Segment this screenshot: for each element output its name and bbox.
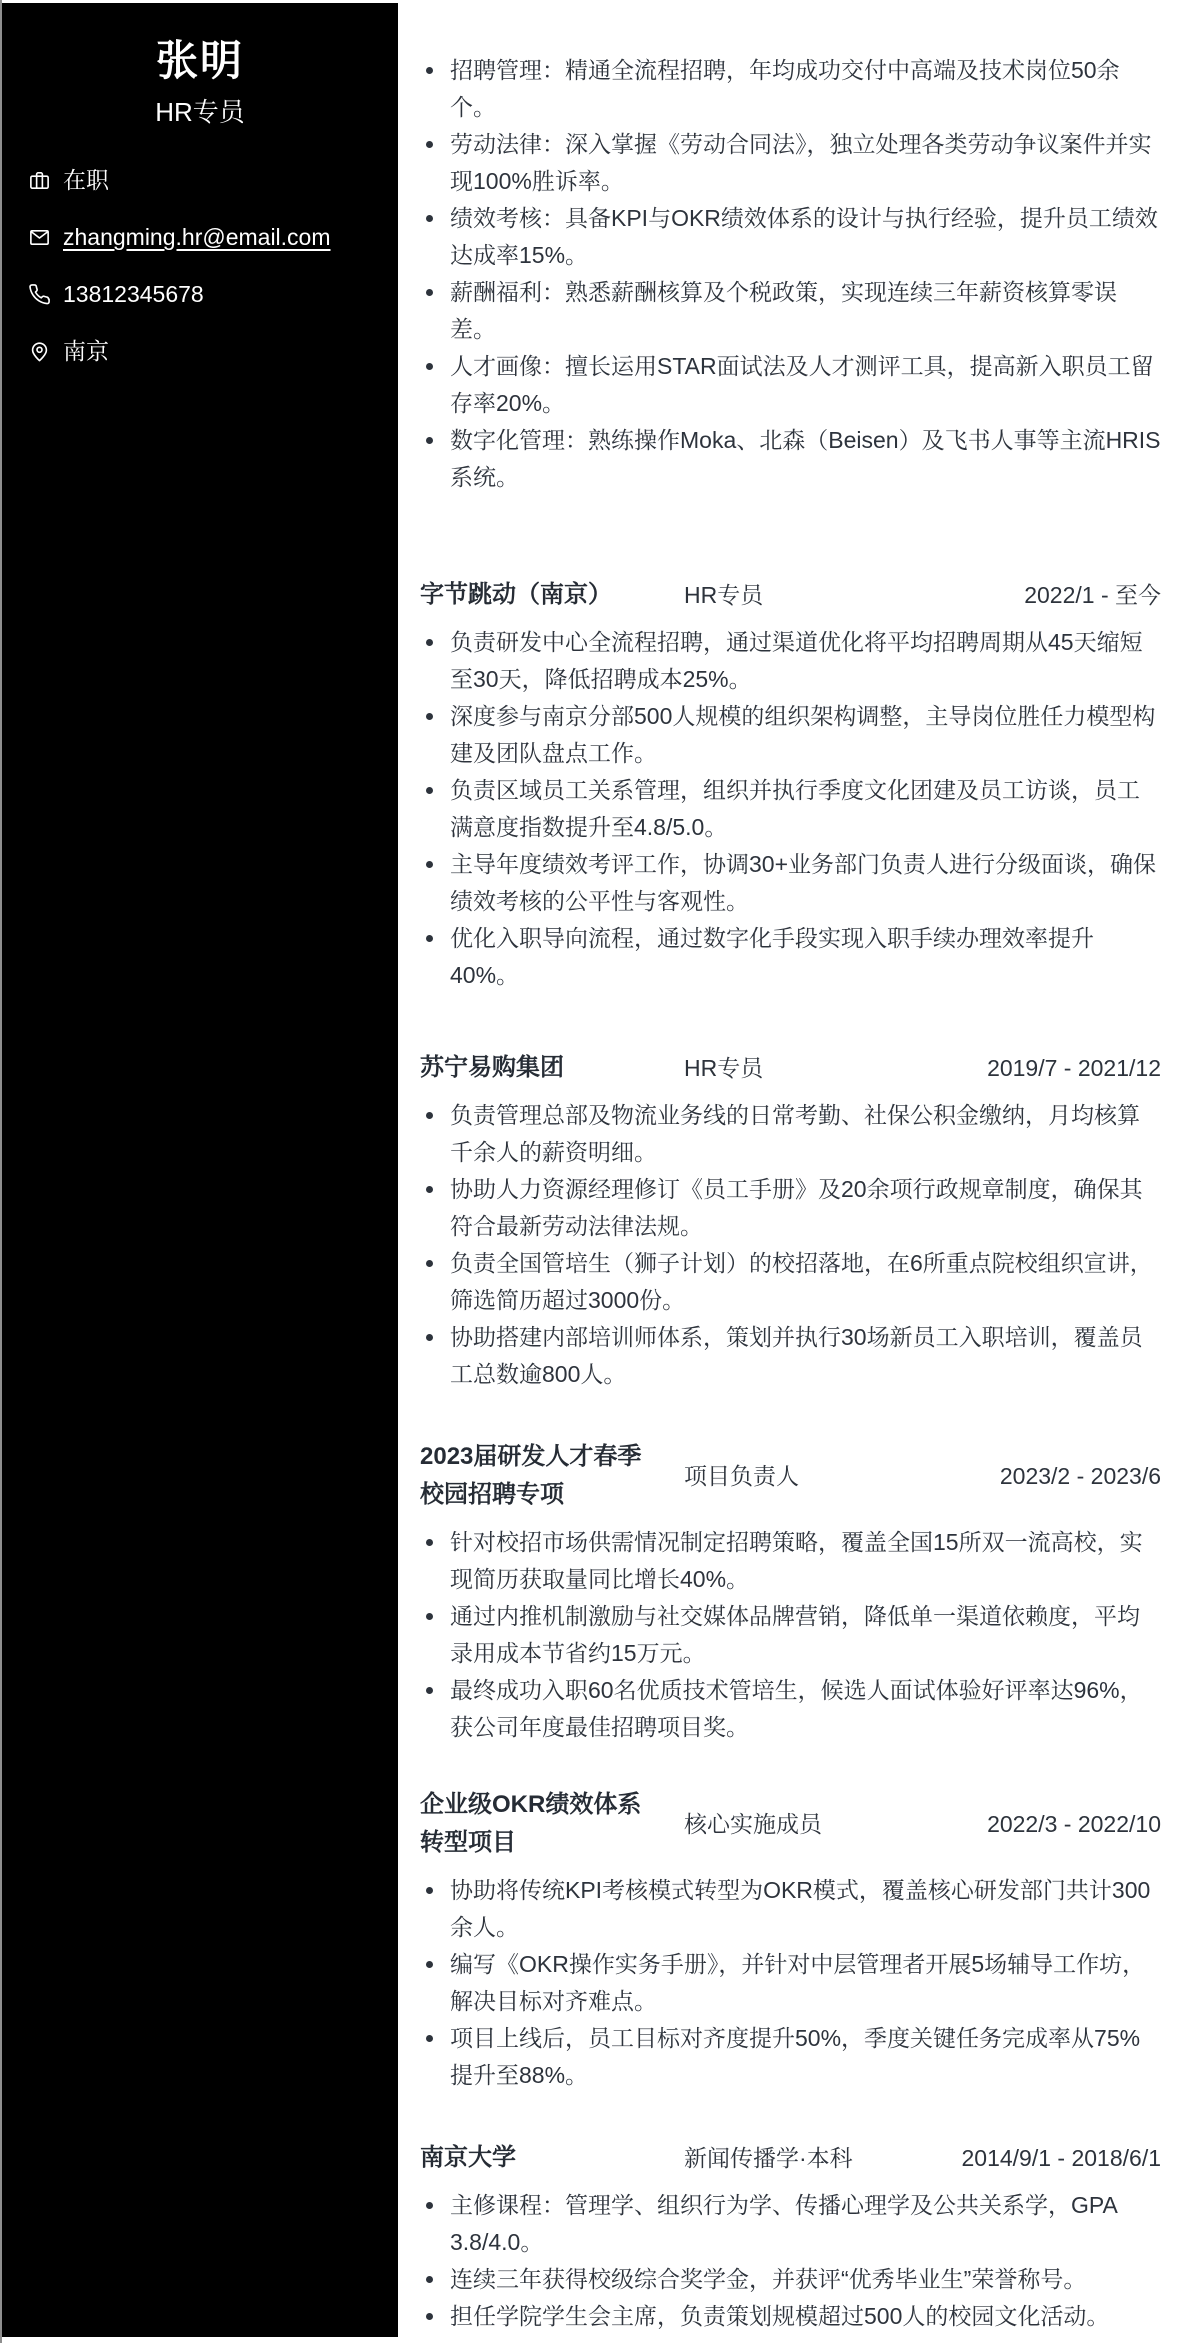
bullet-item: 劳动法律：深入掌握《劳动合同法》，独立处理各类劳动争议案件并实现100%胜诉率。	[420, 126, 1161, 200]
entry-role: HR专员	[662, 576, 1024, 614]
bullet-text: 人才画像：擅长运用STAR面试法及人才测评工具，提高新入职员工留存率20%。	[450, 348, 1161, 422]
bullet-text: 负责全国管培生（狮子计划）的校招落地，在6所重点院校组织宣讲，筛选简历超过300…	[450, 1245, 1161, 1319]
bullet-item: 针对校招市场供需情况制定招聘策略，覆盖全国15所双一流高校，实现简历获取量同比增…	[420, 1524, 1161, 1598]
entry-date: 2023/2 - 2023/6	[1000, 1457, 1161, 1495]
bullet-item: 优化入职导向流程，通过数字化手段实现入职手续办理效率提升40%。	[420, 920, 1161, 994]
bullet-list: 招聘管理：精通全流程招聘，年均成功交付中高端及技术岗位50余个。 劳动法律：深入…	[420, 52, 1161, 496]
entry-role: 项目负责人	[662, 1457, 1000, 1495]
bullet-item: 主导年度绩效考评工作，协调30+业务部门负责人进行分级面谈，确保绩效考核的公平性…	[420, 846, 1161, 920]
bullet-text: 招聘管理：精通全流程招聘，年均成功交付中高端及技术岗位50余个。	[450, 52, 1161, 126]
bullet-dot-icon	[420, 1524, 450, 1598]
bullet-dot-icon	[420, 1245, 450, 1319]
bullet-text: 最终成功入职60名优质技术管培生，候选人面试体验好评率达96%，获公司年度最佳招…	[450, 1672, 1161, 1746]
entry-role: 核心实施成员	[662, 1805, 987, 1843]
bullet-dot-icon	[420, 1946, 450, 2020]
entry-title: 2023届研发人才春季校园招聘专项	[420, 1438, 662, 1514]
entry-title: 南京大学	[420, 2139, 662, 2177]
bullet-dot-icon	[420, 1872, 450, 1946]
bullet-item: 通过内推机制激励与社交媒体品牌营销，降低单一渠道依赖度，平均录用成本节省约15万…	[420, 1598, 1161, 1672]
entry-date: 2022/1 - 至今	[1024, 576, 1161, 614]
bullet-dot-icon	[420, 698, 450, 772]
bullet-dot-icon	[420, 1097, 450, 1171]
contact-item: 13812345678	[27, 282, 388, 306]
bullet-text: 主修课程：管理学、组织行为学、传播心理学及公共关系学，GPA 3.8/4.0。	[450, 2187, 1161, 2261]
bullet-item: 深度参与南京分部500人规模的组织架构调整，主导岗位胜任力模型构建及团队盘点工作…	[420, 698, 1161, 772]
entry-title: 企业级OKR绩效体系转型项目	[420, 1786, 662, 1862]
bullet-dot-icon	[420, 624, 450, 698]
bullet-item: 数字化管理：熟练操作Moka、北森（Beisen）及飞书人事等主流HRIS系统。	[420, 422, 1161, 496]
bullet-list: 主修课程：管理学、组织行为学、传播心理学及公共关系学，GPA 3.8/4.0。 …	[420, 2187, 1161, 2335]
entry-date: 2022/3 - 2022/10	[987, 1805, 1161, 1843]
bullet-dot-icon	[420, 274, 450, 348]
bullet-item: 负责全国管培生（狮子计划）的校招落地，在6所重点院校组织宣讲，筛选简历超过300…	[420, 1245, 1161, 1319]
entry-header: 2023届研发人才春季校园招聘专项 项目负责人 2023/2 - 2023/6	[420, 1438, 1161, 1514]
bullet-item: 协助搭建内部培训师体系，策划并执行30场新员工入职培训，覆盖员工总数逾800人。	[420, 1319, 1161, 1393]
bullet-dot-icon	[420, 2187, 450, 2261]
bullet-list: 负责管理总部及物流业务线的日常考勤、社保公积金缴纳，月均核算千余人的薪资明细。 …	[420, 1097, 1161, 1393]
resume-section: 2023届研发人才春季校园招聘专项 项目负责人 2023/2 - 2023/6 …	[420, 1438, 1161, 1746]
bullet-item: 招聘管理：精通全流程招聘，年均成功交付中高端及技术岗位50余个。	[420, 52, 1161, 126]
contact-item: 在职	[27, 168, 388, 192]
briefcase-icon	[27, 168, 51, 192]
resume-section: 字节跳动（南京） HR专员 2022/1 - 至今 负责研发中心全流程招聘，通过…	[420, 576, 1161, 994]
bullet-text: 编写《OKR操作实务手册》，并针对中层管理者开展5场辅导工作坊，解决目标对齐难点…	[450, 1946, 1161, 2020]
bullet-text: 优化入职导向流程，通过数字化手段实现入职手续办理效率提升40%。	[450, 920, 1161, 994]
bullet-list: 负责研发中心全流程招聘，通过渠道优化将平均招聘周期从45天缩短至30天，降低招聘…	[420, 624, 1161, 994]
bullet-dot-icon	[420, 920, 450, 994]
bullet-dot-icon	[420, 2020, 450, 2094]
bullet-text: 薪酬福利：熟悉薪酬核算及个税政策，实现连续三年薪资核算零误差。	[450, 274, 1161, 348]
entry-role: 新闻传播学·本科	[662, 2139, 962, 2177]
bullet-text: 负责区域员工关系管理，组织并执行季度文化团建及员工访谈，员工满意度指数提升至4.…	[450, 772, 1161, 846]
bullet-text: 针对校招市场供需情况制定招聘策略，覆盖全国15所双一流高校，实现简历获取量同比增…	[450, 1524, 1161, 1598]
bullet-text: 负责研发中心全流程招聘，通过渠道优化将平均招聘周期从45天缩短至30天，降低招聘…	[450, 624, 1161, 698]
bullet-text: 劳动法律：深入掌握《劳动合同法》，独立处理各类劳动争议案件并实现100%胜诉率。	[450, 126, 1161, 200]
entry-header: 南京大学 新闻传播学·本科 2014/9/1 - 2018/6/1	[420, 2139, 1161, 2177]
bullet-text: 连续三年获得校级综合奖学金，并获评“优秀毕业生”荣誉称号。	[450, 2261, 1161, 2298]
bullet-text: 协助搭建内部培训师体系，策划并执行30场新员工入职培训，覆盖员工总数逾800人。	[450, 1319, 1161, 1393]
entry-date: 2014/9/1 - 2018/6/1	[962, 2139, 1162, 2177]
bullet-item: 最终成功入职60名优质技术管培生，候选人面试体验好评率达96%，获公司年度最佳招…	[420, 1672, 1161, 1746]
contact-text: 在职	[63, 168, 109, 192]
bullet-dot-icon	[420, 2261, 450, 2298]
bullet-item: 人才画像：擅长运用STAR面试法及人才测评工具，提高新入职员工留存率20%。	[420, 348, 1161, 422]
sidebar: 张明 HR专员 在职 zhangming.hr@email.com 138123…	[2, 3, 398, 2337]
bullet-text: 协助人力资源经理修订《员工手册》及20余项行政规章制度，确保其符合最新劳动法律法…	[450, 1171, 1161, 1245]
bullet-dot-icon	[420, 422, 450, 496]
bullet-item: 主修课程：管理学、组织行为学、传播心理学及公共关系学，GPA 3.8/4.0。	[420, 2187, 1161, 2261]
entry-role: HR专员	[662, 1049, 987, 1087]
bullet-item: 担任学院学生会主席，负责策划规模超过500人的校园文化活动。	[420, 2298, 1161, 2335]
candidate-name: 张明	[2, 33, 398, 90]
entry-date: 2019/7 - 2021/12	[987, 1049, 1161, 1087]
contact-list: 在职 zhangming.hr@email.com 13812345678 南京	[2, 168, 398, 363]
bullet-item: 连续三年获得校级综合奖学金，并获评“优秀毕业生”荣誉称号。	[420, 2261, 1161, 2298]
bullet-dot-icon	[420, 846, 450, 920]
bullet-dot-icon	[420, 200, 450, 274]
bullet-dot-icon	[420, 348, 450, 422]
mail-icon	[27, 225, 51, 249]
page-edge-line	[0, 0, 2, 2343]
resume-section: 苏宁易购集团 HR专员 2019/7 - 2021/12 负责管理总部及物流业务…	[420, 1049, 1161, 1393]
bullet-text: 主导年度绩效考评工作，协调30+业务部门负责人进行分级面谈，确保绩效考核的公平性…	[450, 846, 1161, 920]
contact-item: zhangming.hr@email.com	[27, 225, 388, 249]
bullet-dot-icon	[420, 1598, 450, 1672]
location-icon	[27, 339, 51, 363]
contact-item: 南京	[27, 339, 388, 363]
bullet-text: 绩效考核：具备KPI与OKR绩效体系的设计与执行经验，提升员工绩效达成率15%。	[450, 200, 1161, 274]
resume-body: 招聘管理：精通全流程招聘，年均成功交付中高端及技术岗位50余个。 劳动法律：深入…	[420, 0, 1161, 2335]
entry-header: 苏宁易购集团 HR专员 2019/7 - 2021/12	[420, 1049, 1161, 1087]
phone-icon	[27, 282, 51, 306]
bullet-dot-icon	[420, 772, 450, 846]
contact-text: 13812345678	[63, 282, 204, 306]
bullet-item: 负责管理总部及物流业务线的日常考勤、社保公积金缴纳，月均核算千余人的薪资明细。	[420, 1097, 1161, 1171]
email-link[interactable]: zhangming.hr@email.com	[63, 225, 331, 249]
bullet-text: 协助将传统KPI考核模式转型为OKR模式，覆盖核心研发部门共计300余人。	[450, 1872, 1161, 1946]
resume-page: { "page": { "background": "#ffffff", "si…	[0, 0, 1191, 2343]
contact-text: 南京	[63, 339, 109, 363]
bullet-dot-icon	[420, 126, 450, 200]
bullet-text: 负责管理总部及物流业务线的日常考勤、社保公积金缴纳，月均核算千余人的薪资明细。	[450, 1097, 1161, 1171]
bullet-text: 通过内推机制激励与社交媒体品牌营销，降低单一渠道依赖度，平均录用成本节省约15万…	[450, 1598, 1161, 1672]
bullet-list: 针对校招市场供需情况制定招聘策略，覆盖全国15所双一流高校，实现简历获取量同比增…	[420, 1524, 1161, 1746]
bullet-text: 担任学院学生会主席，负责策划规模超过500人的校园文化活动。	[450, 2298, 1161, 2335]
bullet-dot-icon	[420, 1171, 450, 1245]
bullet-item: 负责区域员工关系管理，组织并执行季度文化团建及员工访谈，员工满意度指数提升至4.…	[420, 772, 1161, 846]
bullet-text: 数字化管理：熟练操作Moka、北森（Beisen）及飞书人事等主流HRIS系统。	[450, 422, 1161, 496]
bullet-text: 深度参与南京分部500人规模的组织架构调整，主导岗位胜任力模型构建及团队盘点工作…	[450, 698, 1161, 772]
bullet-dot-icon	[420, 1672, 450, 1746]
candidate-job-title: HR专员	[2, 94, 398, 130]
resume-section: 企业级OKR绩效体系转型项目 核心实施成员 2022/3 - 2022/10 协…	[420, 1786, 1161, 2094]
bullet-dot-icon	[420, 2298, 450, 2335]
resume-section: 南京大学 新闻传播学·本科 2014/9/1 - 2018/6/1 主修课程：管…	[420, 2139, 1161, 2335]
bullet-item: 负责研发中心全流程招聘，通过渠道优化将平均招聘周期从45天缩短至30天，降低招聘…	[420, 624, 1161, 698]
bullet-item: 协助将传统KPI考核模式转型为OKR模式，覆盖核心研发部门共计300余人。	[420, 1872, 1161, 1946]
resume-section: 招聘管理：精通全流程招聘，年均成功交付中高端及技术岗位50余个。 劳动法律：深入…	[420, 52, 1161, 496]
bullet-text: 项目上线后，员工目标对齐度提升50%，季度关键任务完成率从75%提升至88%。	[450, 2020, 1161, 2094]
entry-header: 企业级OKR绩效体系转型项目 核心实施成员 2022/3 - 2022/10	[420, 1786, 1161, 1862]
bullet-dot-icon	[420, 52, 450, 126]
bullet-item: 项目上线后，员工目标对齐度提升50%，季度关键任务完成率从75%提升至88%。	[420, 2020, 1161, 2094]
entry-title: 苏宁易购集团	[420, 1049, 662, 1087]
bullet-item: 绩效考核：具备KPI与OKR绩效体系的设计与执行经验，提升员工绩效达成率15%。	[420, 200, 1161, 274]
entry-header: 字节跳动（南京） HR专员 2022/1 - 至今	[420, 576, 1161, 614]
bullet-item: 薪酬福利：熟悉薪酬核算及个税政策，实现连续三年薪资核算零误差。	[420, 274, 1161, 348]
bullet-dot-icon	[420, 1319, 450, 1393]
bullet-list: 协助将传统KPI考核模式转型为OKR模式，覆盖核心研发部门共计300余人。 编写…	[420, 1872, 1161, 2094]
bullet-item: 编写《OKR操作实务手册》，并针对中层管理者开展5场辅导工作坊，解决目标对齐难点…	[420, 1946, 1161, 2020]
entry-title: 字节跳动（南京）	[420, 576, 662, 614]
bullet-item: 协助人力资源经理修订《员工手册》及20余项行政规章制度，确保其符合最新劳动法律法…	[420, 1171, 1161, 1245]
